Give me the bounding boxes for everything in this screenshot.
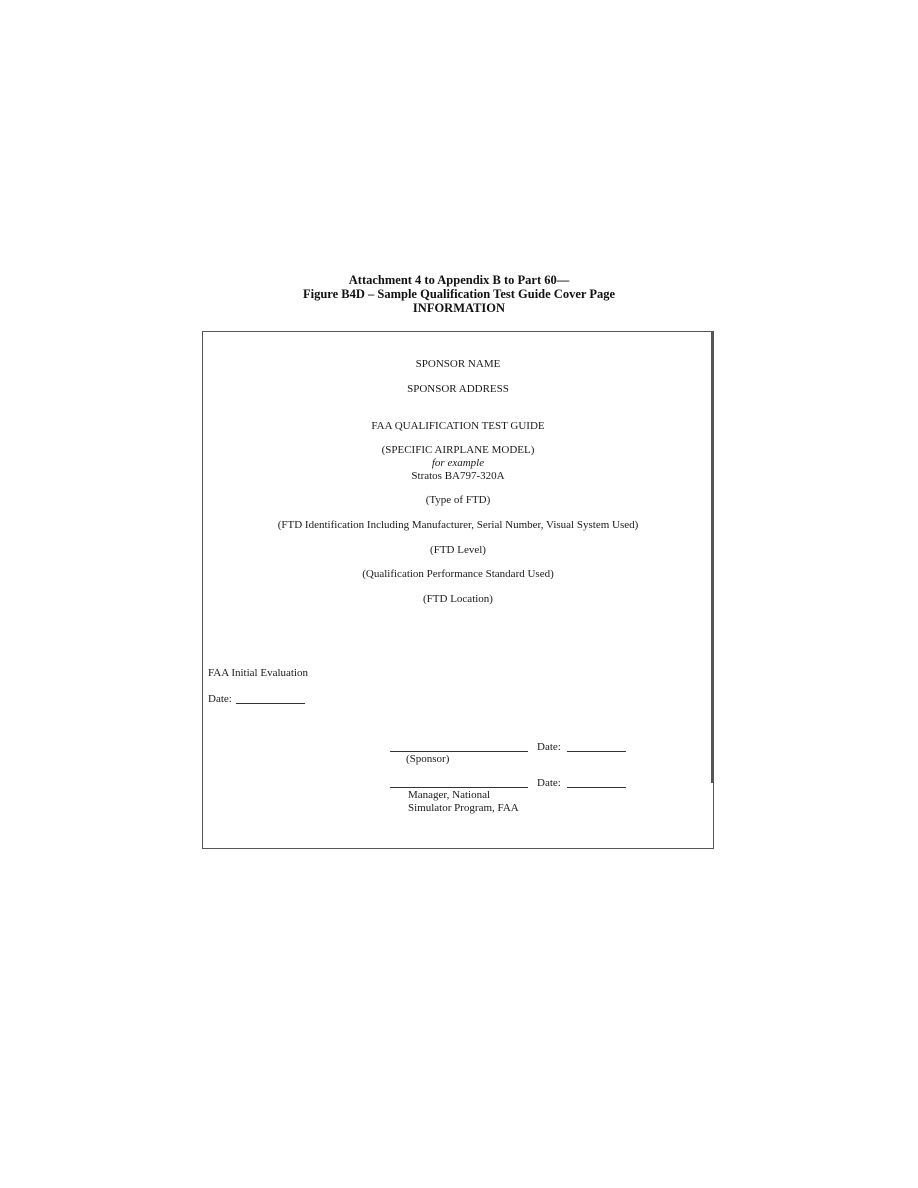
manager-date-label: Date: — [537, 777, 561, 790]
manager-date-field[interactable] — [567, 787, 626, 788]
sponsor-signature-field[interactable] — [390, 751, 528, 752]
evaluation-date-field[interactable] — [236, 703, 305, 704]
sponsor-date-field[interactable] — [567, 751, 626, 752]
qualification-standard: (Qualification Performance Standard Used… — [202, 568, 714, 581]
example-model: Stratos BA797-320A — [202, 470, 714, 483]
for-example-label: for example — [202, 457, 714, 470]
frame-inner-rule — [711, 332, 713, 783]
ftd-location: (FTD Location) — [202, 593, 714, 606]
information-label: INFORMATION — [0, 301, 918, 315]
sponsor-title: (Sponsor) — [406, 753, 449, 766]
cover-page-frame — [202, 331, 714, 849]
ftd-type: (Type of FTD) — [202, 494, 714, 507]
sponsor-name: SPONSOR NAME — [202, 358, 714, 371]
ftd-identification: (FTD Identification Including Manufactur… — [202, 519, 714, 532]
sponsor-date-label: Date: — [537, 741, 561, 754]
ftd-level: (FTD Level) — [202, 544, 714, 557]
manager-title-line1: Manager, National — [408, 789, 490, 802]
figure-title: Figure B4D – Sample Qualification Test G… — [0, 287, 918, 301]
initial-evaluation-label: FAA Initial Evaluation — [208, 667, 308, 680]
guide-title: FAA QUALIFICATION TEST GUIDE — [202, 420, 714, 433]
airplane-model: (SPECIFIC AIRPLANE MODEL) — [202, 444, 714, 457]
manager-title-line2: Simulator Program, FAA — [408, 802, 519, 815]
sponsor-address: SPONSOR ADDRESS — [202, 383, 714, 396]
attachment-heading: Attachment 4 to Appendix B to Part 60— — [0, 273, 918, 287]
evaluation-date-label: Date: — [208, 693, 232, 706]
manager-signature-field[interactable] — [390, 787, 528, 788]
